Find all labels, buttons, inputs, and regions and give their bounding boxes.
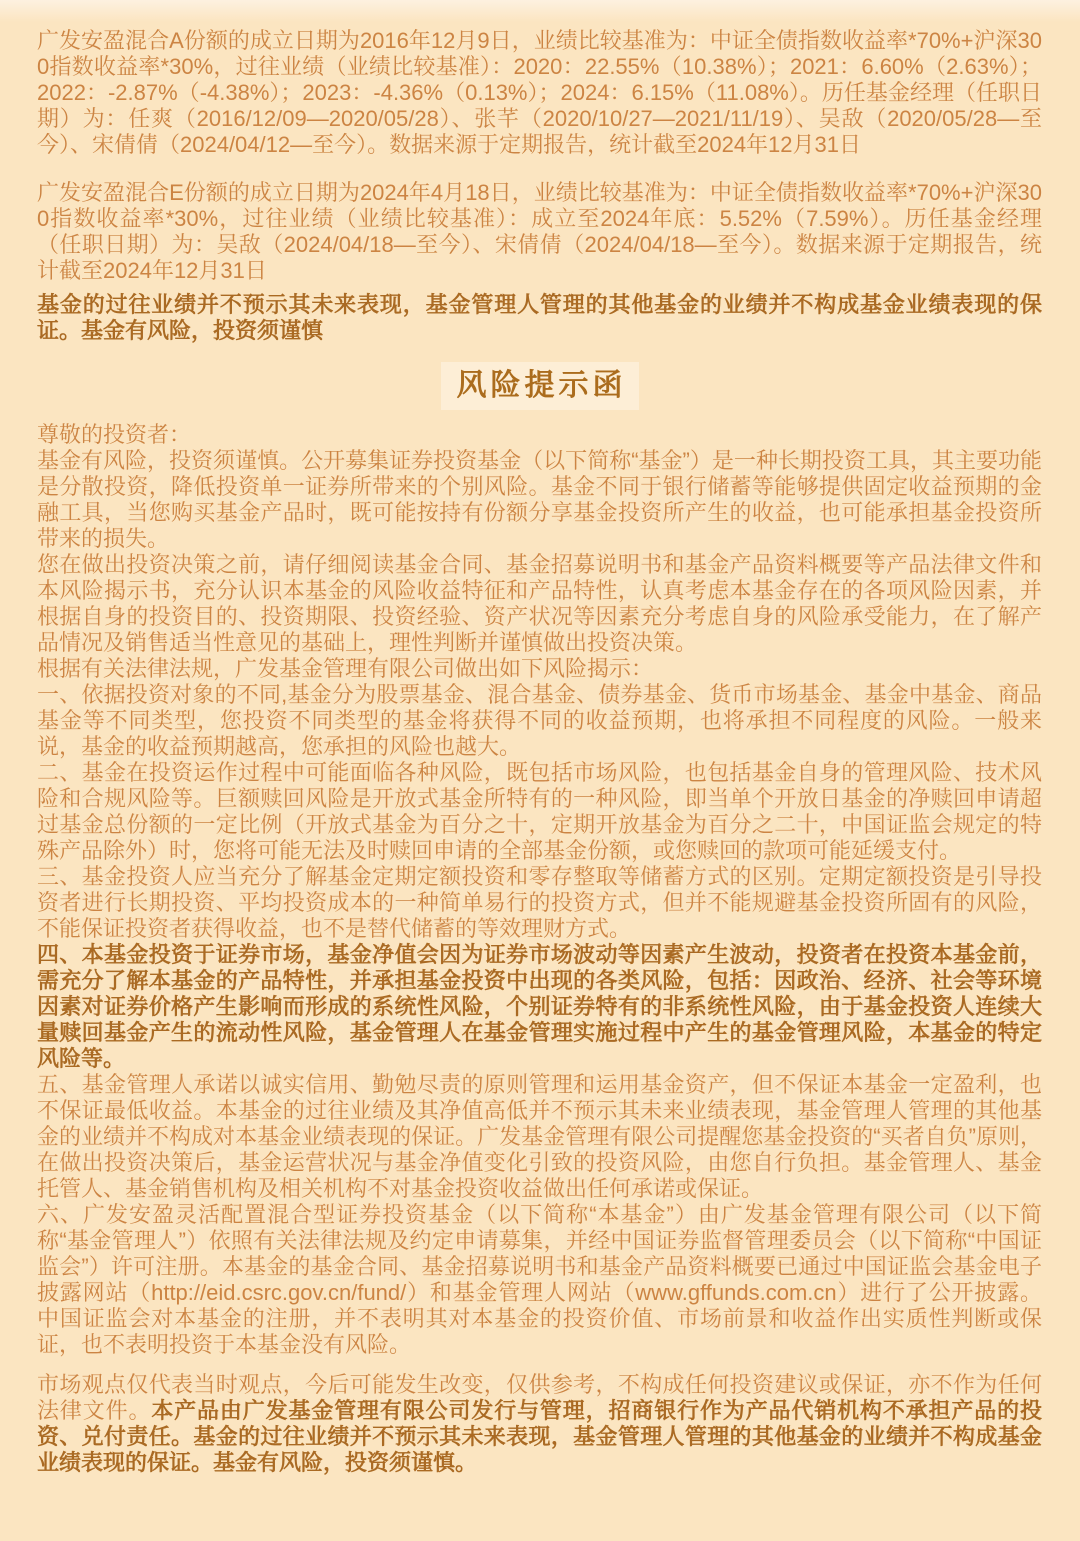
fund-e-history-paragraph: 广发安盈混合E份额的成立日期为2024年4月18日，业绩比较基准为：中证全债指数…	[37, 180, 1042, 284]
past-performance-disclaimer: 基金的过往业绩并不预示其未来表现，基金管理人管理的其他基金的业绩并不构成基金业绩…	[37, 292, 1042, 344]
footer-disclaimer: 市场观点仅代表当时观点，今后可能发生改变，仅供参考，不构成任何投资建议或保证，亦…	[37, 1372, 1042, 1476]
fund-definition-paragraph: 基金有风险，投资须谨慎。公开募集证券投资基金（以下简称“基金”）是一种长期投资工…	[37, 448, 1042, 552]
disclosure-lead-paragraph: 根据有关法律法规，广发基金管理有限公司做出如下风险揭示：	[37, 656, 1042, 682]
risk-item-6: 六、广发安盈灵活配置混合型证券投资基金（以下简称“本基金”）由广发基金管理有限公…	[37, 1202, 1042, 1358]
risk-item-2: 二、基金在投资运作过程中可能面临各种风险，既包括市场风险，也包括基金自身的管理风…	[37, 760, 1042, 864]
salutation: 尊敬的投资者：	[37, 422, 1042, 448]
risk-item-1: 一、依据投资对象的不同,基金分为股票基金、混合基金、债券基金、货币市场基金、基金…	[37, 682, 1042, 760]
risk-item-3: 三、基金投资人应当充分了解基金定期定额投资和零存整取等储蓄方式的区别。定期定额投…	[37, 864, 1042, 942]
distribution-disclaimer-text: 本产品由广发基金管理有限公司发行与管理，招商银行作为产品代销机构不承担产品的投资…	[37, 1398, 1042, 1475]
risk-disclosure-page: 广发安盈混合A份额的成立日期为2016年12月9日，业绩比较基准为：中证全债指数…	[0, 0, 1080, 1541]
fund-a-history-paragraph: 广发安盈混合A份额的成立日期为2016年12月9日，业绩比较基准为：中证全债指数…	[37, 28, 1042, 158]
risk-letter-body: 尊敬的投资者： 基金有风险，投资须谨慎。公开募集证券投资基金（以下简称“基金”）…	[37, 422, 1042, 1358]
risk-item-4: 四、本基金投资于证券市场，基金净值会因为证券市场波动等因素产生波动，投资者在投资…	[37, 942, 1042, 1072]
risk-letter-title: 风险提示函	[441, 362, 639, 410]
risk-item-5: 五、基金管理人承诺以诚实信用、勤勉尽责的原则管理和运用基金资产，但不保证本基金一…	[37, 1072, 1042, 1202]
pre-investment-advice-paragraph: 您在做出投资决策之前，请仔细阅读基金合同、基金招募说明书和基金产品资料概要等产品…	[37, 552, 1042, 656]
risk-letter-title-row: 风险提示函	[37, 362, 1042, 410]
